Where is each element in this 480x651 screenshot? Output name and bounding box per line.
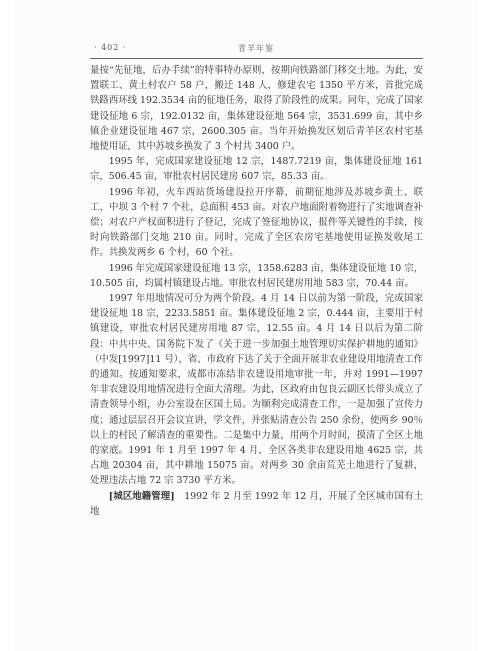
- paragraph-1995: 1995 年，完成国家建设征地 12 宗，1487.7219 亩，集体建设征地 …: [90, 154, 423, 184]
- paragraph-1997: 1997 年用地情况可分为两个阶段。4 月 14 日以前为第一阶段，完成国家建设…: [90, 291, 423, 489]
- document-page: · 402 · 青羊年鉴 量按“先征地，后办手续”的特事特办原则，按期向铁路部门…: [14, 0, 477, 651]
- running-header: · 402 · 青羊年鉴: [90, 41, 422, 57]
- paragraph-1996-early: 1996 年初，火车西站货场建设拉开序幕，前期征地涉及苏坡乡黄土、联工、中坝 3…: [90, 185, 423, 261]
- section-heading: [城区地籍管理]: [109, 491, 175, 502]
- paragraph-text: 1996 年完成国家建设征地 13 宗，1358.6283 亩，集体建设征地 1…: [90, 263, 423, 289]
- paragraph-1996: 1996 年完成国家建设征地 13 宗，1358.6283 亩，集体建设征地 1…: [90, 261, 423, 291]
- paragraph-continued: 量按“先征地，后办手续”的特事特办原则，按期向铁路部门移交土地。为此，安置联工、…: [90, 63, 423, 154]
- paragraph-text: 1997 年用地情况可分为两个阶段。4 月 14 日以前为第一阶段，完成国家建设…: [90, 293, 423, 486]
- paragraph-text: 量按“先征地，后办手续”的特事特办原则，按期向铁路部门移交土地。为此，安置联工、…: [90, 65, 423, 152]
- body-text: 量按“先征地，后办手续”的特事特办原则，按期向铁路部门移交土地。为此，安置联工、…: [90, 63, 423, 519]
- paragraph-text: 1995 年，完成国家建设征地 12 宗，1487.7219 亩，集体建设征地 …: [90, 156, 423, 182]
- book-title: 青羊年鉴: [90, 43, 422, 54]
- paragraph-text: 1996 年初，火车西站货场建设拉开序幕，前期征地涉及苏坡乡黄土、联工、中坝 3…: [90, 187, 423, 259]
- paragraph-urban-cadastre: [城区地籍管理] 1992 年 2 月至 1992 年 12 月，开展了全区城市…: [90, 489, 423, 519]
- header-rule: [90, 58, 423, 59]
